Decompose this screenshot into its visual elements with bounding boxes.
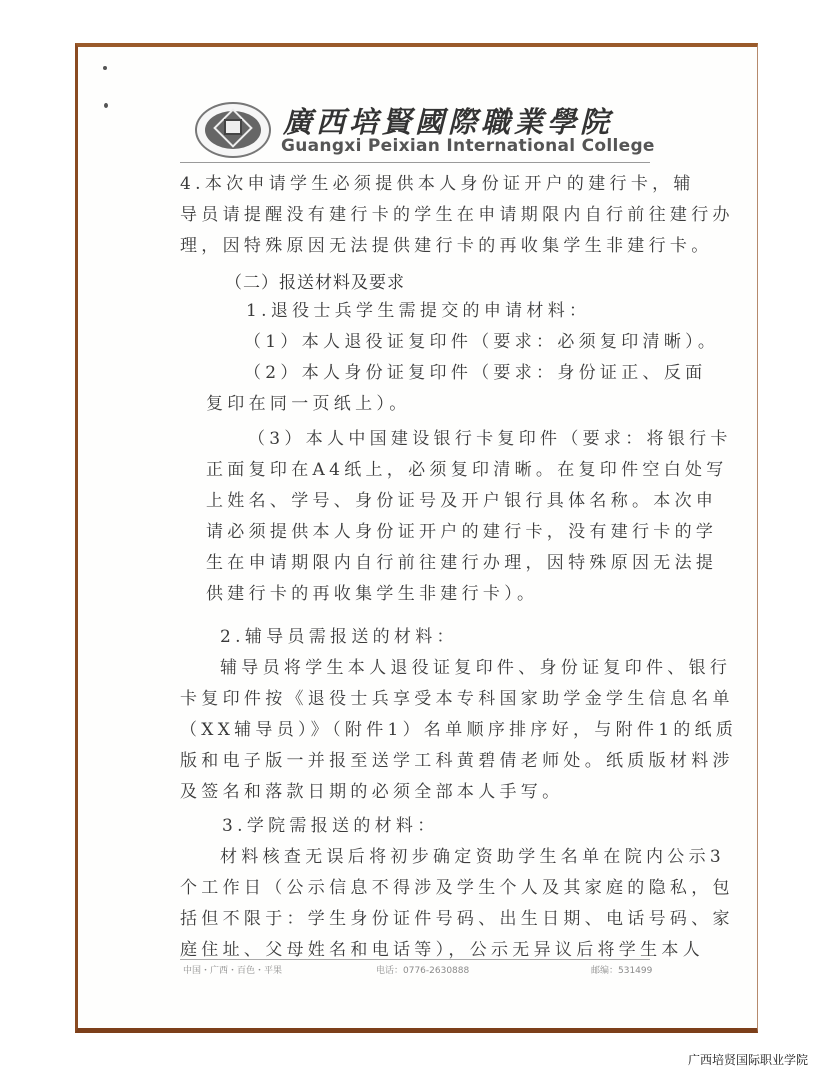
scan-speck <box>103 66 107 70</box>
footer-phone: 电话：0776-2630888 <box>376 963 469 976</box>
footer-postcode: 邮编：531499 <box>591 963 652 976</box>
college-logo-icon <box>195 102 271 158</box>
scan-speck <box>104 103 108 108</box>
item-4-paragraph: 4.本次申请学生必须提供本人身份证开户的建行卡，辅 导员请提醒没有建行卡的学生在… <box>180 169 650 262</box>
sub2-paragraph: 辅导员将学生本人退役证复印件、身份证复印件、银行 卡复印件按《退役士兵享受本专科… <box>180 653 650 808</box>
footer-divider <box>180 959 650 960</box>
sub3-title: 3.学院需报送的材料： <box>222 811 692 842</box>
sub1-title: 1.退役士兵学生需提交的申请材料： <box>246 296 716 327</box>
source-watermark: 广西培贤国际职业学院 <box>688 1051 808 1068</box>
sub3-paragraph: 材料核查无误后将初步确定资助学生名单在院内公示3 个工作日（公示信息不得涉及学生… <box>180 842 650 966</box>
sub2-title: 2.辅导员需报送的材料： <box>220 622 690 653</box>
college-name-cn: 廣西培賢國際職業學院 <box>283 100 613 141</box>
sub1-item-3: （3）本人中国建设银行卡复印件（要求：将银行卡 正面复印在A4纸上，必须复印清晰… <box>180 424 650 610</box>
section-heading: （二）报送材料及要求 <box>225 268 405 293</box>
footer-address: 中国・广西・百色・平果 <box>183 963 282 976</box>
header-divider <box>180 162 650 163</box>
sub1-item-2: （2）本人身份证复印件（要求：身份证正、反面 复印在同一页纸上）。 <box>180 358 650 420</box>
letterhead: 廣西培賢國際職業學院 Guangxi Peixian International… <box>195 100 645 160</box>
college-name-en: Guangxi Peixian International College <box>281 136 655 156</box>
sub1-item-1: （1）本人退役证复印件（要求：必须复印清晰）。 <box>244 327 714 358</box>
